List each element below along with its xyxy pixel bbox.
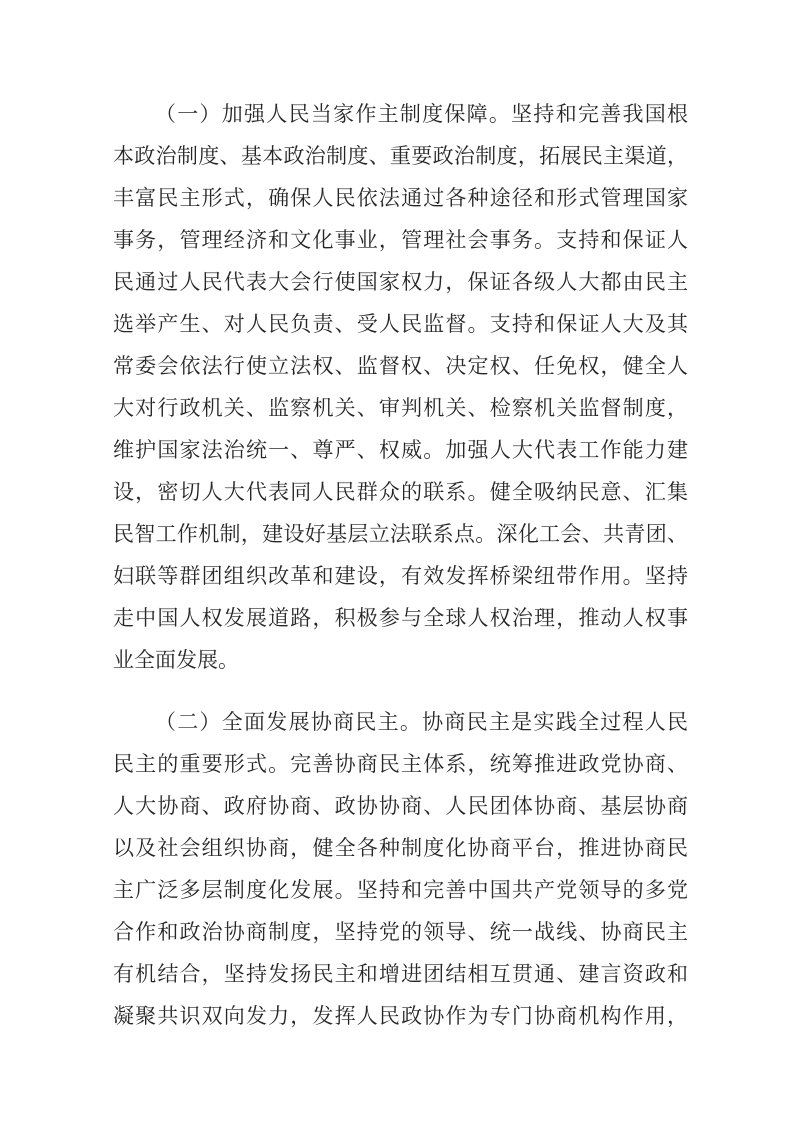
text-line: 人大协商、政府协商、政协协商、人民团体协商、基层协商 xyxy=(113,785,688,827)
text-line: 民通过人民代表大会行使国家权力，保证各级人大都由民主 xyxy=(113,261,688,303)
text-line: 合作和政治协商制度，坚持党的领导、统一战线、协商民主 xyxy=(113,911,688,953)
text-line: 丰富民主形式，确保人民依法通过各种途径和形式管理国家 xyxy=(113,177,688,219)
text-line: 民主的重要形式。完善协商民主体系，统筹推进政党协商、 xyxy=(113,743,688,785)
text-line: 大对行政机关、监察机关、审判机关、检察机关监督制度， xyxy=(113,387,688,429)
text-line: 民智工作机制，建设好基层立法联系点。深化工会、共青团、 xyxy=(113,513,688,555)
text-line: 妇联等群团组织改革和建设，有效发挥桥梁纽带作用。坚持 xyxy=(113,555,688,597)
text-line: （一）加强人民当家作主制度保障。坚持和完善我国根 xyxy=(113,93,688,135)
text-line: 凝聚共识双向发力，发挥人民政协作为专门协商机构作用， xyxy=(113,995,688,1037)
text-line: （二）全面发展协商民主。协商民主是实践全过程人民 xyxy=(113,701,688,743)
text-line: 事务，管理经济和文化事业，管理社会事务。支持和保证人 xyxy=(113,219,688,261)
text-line: 以及社会组织协商，健全各种制度化协商平台，推进协商民 xyxy=(113,827,688,869)
text-line: 业全面发展。 xyxy=(113,639,688,681)
text-line: 主广泛多层制度化发展。坚持和完善中国共产党领导的多党 xyxy=(113,869,688,911)
text-line: 常委会依法行使立法权、监督权、决定权、任免权，健全人 xyxy=(113,345,688,387)
paragraph-item-2: （二）全面发展协商民主。协商民主是实践全过程人民民主的重要形式。完善协商民主体系… xyxy=(113,701,688,1037)
paragraph-item-1: （一）加强人民当家作主制度保障。坚持和完善我国根本政治制度、基本政治制度、重要政… xyxy=(113,93,688,681)
document-page: （一）加强人民当家作主制度保障。坚持和完善我国根本政治制度、基本政治制度、重要政… xyxy=(0,0,800,1131)
text-line: 选举产生、对人民负责、受人民监督。支持和保证人大及其 xyxy=(113,303,688,345)
document-body: （一）加强人民当家作主制度保障。坚持和完善我国根本政治制度、基本政治制度、重要政… xyxy=(113,93,688,1037)
text-line: 有机结合，坚持发扬民主和增进团结相互贯通、建言资政和 xyxy=(113,953,688,995)
text-line: 维护国家法治统一、尊严、权威。加强人大代表工作能力建 xyxy=(113,429,688,471)
text-line: 本政治制度、基本政治制度、重要政治制度，拓展民主渠道， xyxy=(113,135,688,177)
text-line: 走中国人权发展道路，积极参与全球人权治理，推动人权事 xyxy=(113,597,688,639)
text-line: 设，密切人大代表同人民群众的联系。健全吸纳民意、汇集 xyxy=(113,471,688,513)
